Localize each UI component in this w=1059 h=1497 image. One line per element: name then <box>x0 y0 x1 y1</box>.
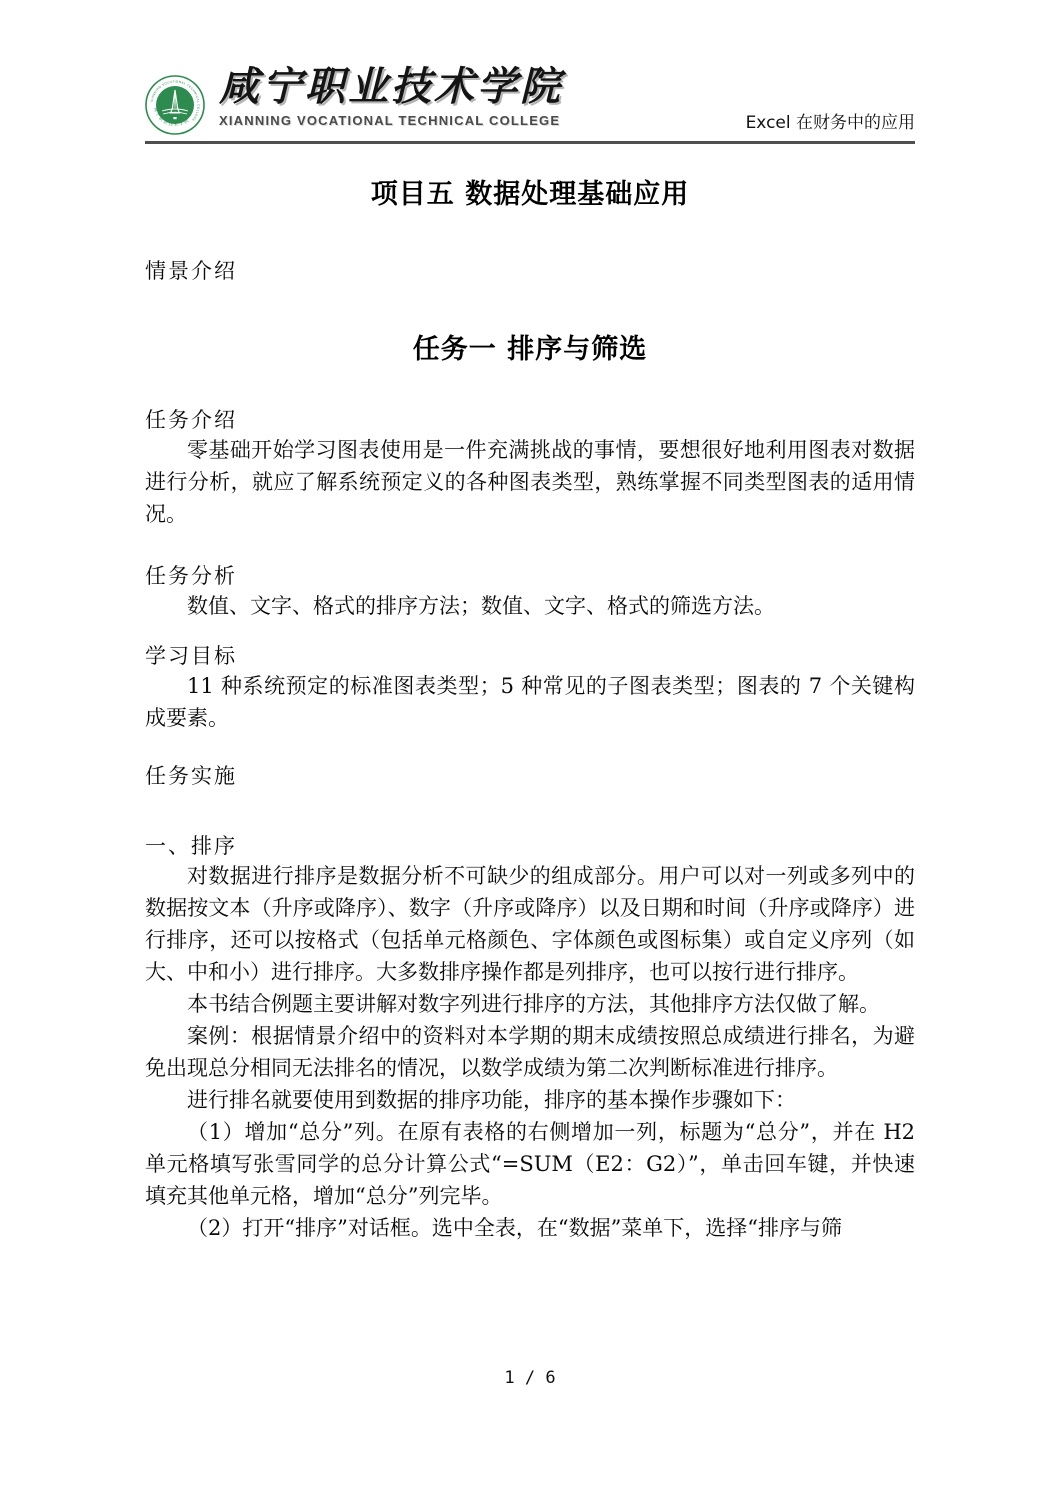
body-paragraph: 进行排名就要使用到数据的排序功能，排序的基本操作步骤如下： <box>145 1084 915 1116</box>
page-number: 1 / 6 <box>504 1368 555 1388</box>
task-title: 任务一 排序与筛选 <box>145 327 915 366</box>
task-analysis-paragraph: 数值、文字、格式的排序方法；数值、文字、格式的筛选方法。 <box>145 590 915 622</box>
section-heading-scene-intro: 情景介绍 <box>145 255 915 285</box>
college-brand: XIANNING VOCATIONAL TECHNICAL COLLEGE 咸宁… <box>145 57 563 135</box>
college-name-calligraphy: 咸宁职业技术学院 <box>219 65 563 109</box>
body-paragraph: 案例：根据情景介绍中的资料对本学期的期末成绩按照总成绩进行排名，为避免出现总分相… <box>145 1020 915 1084</box>
college-seal-icon: XIANNING VOCATIONAL TECHNICAL COLLEGE 咸宁… <box>145 75 205 135</box>
learning-goals-paragraph: 11 种系统预定的标准图表类型；5 种常见的子图表类型；图表的 7 个关键构成要… <box>145 670 915 734</box>
task-intro-paragraph: 零基础开始学习图表使用是一件充满挑战的事情，要想很好地利用图表对数据进行分析，就… <box>145 434 915 530</box>
subsection-heading-sorting: 一、排序 <box>145 830 915 860</box>
section-heading-task-intro: 任务介绍 <box>145 404 915 434</box>
document-body: 项目五 数据处理基础应用 情景介绍 任务一 排序与筛选 任务介绍 零基础开始学习… <box>0 172 1059 1244</box>
page-footer: 1 / 6 <box>145 1368 915 1388</box>
document-page: XIANNING VOCATIONAL TECHNICAL COLLEGE 咸宁… <box>0 0 1059 1497</box>
course-title-label: Excel 在财务中的应用 <box>746 108 915 135</box>
document-title: 项目五 数据处理基础应用 <box>145 172 915 211</box>
section-heading-task-analysis: 任务分析 <box>145 560 915 590</box>
body-paragraph: （1）增加“总分”列。在原有表格的右侧增加一列，标题为“总分”，并在 H2 单元… <box>145 1116 915 1212</box>
body-paragraph: 对数据进行排序是数据分析不可缺少的组成部分。用户可以对一列或多列中的数据按文本（… <box>145 860 915 988</box>
body-paragraph: （2）打开“排序”对话框。选中全表，在“数据”菜单下，选择“排序与筛 <box>145 1212 915 1244</box>
section-heading-implementation: 任务实施 <box>145 760 915 790</box>
page-header: XIANNING VOCATIONAL TECHNICAL COLLEGE 咸宁… <box>0 0 1059 135</box>
section-heading-learning-goals: 学习目标 <box>145 640 915 670</box>
college-name-english: XIANNING VOCATIONAL TECHNICAL COLLEGE <box>219 113 563 128</box>
header-rule <box>145 141 915 144</box>
body-paragraph: 本书结合例题主要讲解对数字列进行排序的方法，其他排序方法仅做了解。 <box>145 988 915 1020</box>
